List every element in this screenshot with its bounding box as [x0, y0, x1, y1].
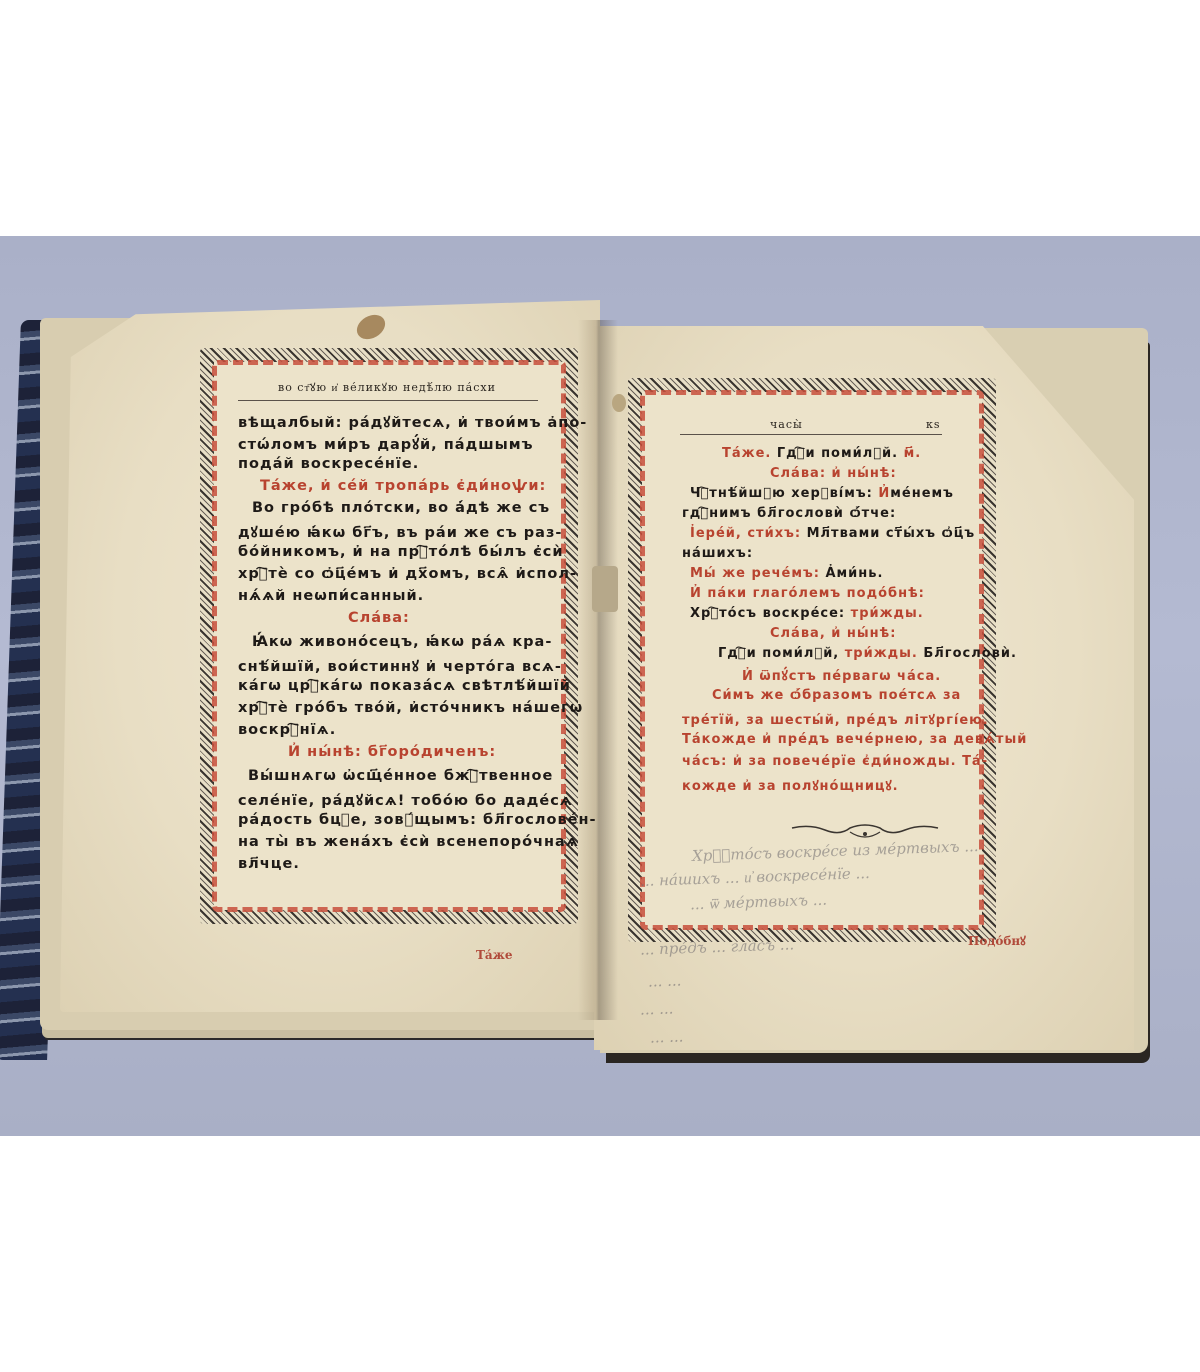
stain-spot: [612, 394, 626, 412]
text-line: хрⷭ҇тѐ со ѻ҆ц҃е́мъ и҆ дх҃омъ, всѧ̑ и҆спо…: [238, 566, 577, 582]
stain-spot: [592, 566, 618, 612]
rubric-line: Та́кожде и҆ пре́дъ вече́рнею, за девѧ́ты…: [682, 732, 1027, 747]
text-line: вѣщалбый: ра́дꙋйтесѧ, и҆ твои́мъ а҆по-: [238, 412, 587, 432]
right-running-header: часы̀: [770, 418, 803, 431]
text-line: Чⷭ҇тнѣ́йшꙋю херꙋві́мъ: И҆ме́немъ: [690, 486, 954, 501]
handwritten-note: ... ...: [648, 971, 682, 990]
handwritten-note: ... ...: [650, 1027, 684, 1046]
rubric-line: кожде и҆ за полꙋно́щницꙋ.: [682, 776, 899, 794]
rubric-line: И҆ ны́нѣ: бг҃оро́диченъ:: [288, 744, 496, 760]
rubric-line: Си́мъ же ѻ҆́бразомъ пое́тсѧ за: [712, 688, 961, 703]
rubric-line: Сла́ва:: [348, 610, 410, 626]
text-line: стѡ́ломъ ми́ръ дарꙋ́й, па́дшымъ: [238, 434, 533, 454]
header-rule: [238, 400, 538, 401]
text-line: Вы́шнѧгѡ ѡ҆сщ҃е́нное бжⷭ҇твенное: [248, 768, 553, 784]
text-line: хрⷭ҇тѐ гро́бъ тво́й, и҆сто́чникъ на́шегѡ: [238, 700, 583, 716]
text-line: Хрⷭ҇то́съ воскре́се: три́жды.: [690, 606, 924, 621]
text-line: снѣ́йшїй, вои́стиннꙋ и҆ черто́га всѧ-: [238, 656, 562, 676]
folio-number: кѕ: [926, 418, 941, 431]
text-line: ка́гѡ црⷭ҇ка́гѡ показа́сѧ свѣтлѣ́йшїй: [238, 678, 571, 694]
rubric-line: ча́съ: и҆ за повече́рїе є҆ди́ножды. Та́-: [682, 754, 988, 769]
text-line: дꙋше́ю ꙗ҆́кѡ бг҃ъ, въ ра́и же съ раз-: [238, 522, 562, 542]
text-line: на ты̀ въ жена́хъ є҆сѝ всенепоро́чнаѧ: [238, 834, 579, 850]
text-line: селе́нїе, ра́дꙋйсѧ! тобо́ю бо даде́сѧ: [238, 790, 573, 810]
text-line: Во гро́бѣ пло́тски, во а҆́дѣ же съ: [252, 500, 550, 516]
left-catchword: Та́же: [476, 948, 512, 962]
left-running-header: во ст҃ꙋю и҆ ве́ликꙋю недѣ́лю па́схи: [278, 380, 496, 395]
handwritten-note: ... ...: [640, 999, 674, 1018]
rubric-line: Сла́ва: и҆ ны́нѣ:: [770, 466, 897, 481]
text-line: бо́йникомъ, и҆ на прⷭ҇то́лѣ бы́лъ є҆сѝ: [238, 544, 564, 560]
text-line: ра́дость бцⷣе, зовꙋ́щымъ: бл҃гослове́н-: [238, 812, 597, 828]
text-line: Та́же. Гдⷭ҇и поми́лꙋй. м҃.: [722, 446, 921, 461]
header-rule: [680, 434, 942, 435]
text-line: гдⷭ҇нимъ бл҃гословѝ ѻ҆́тче:: [682, 506, 896, 521]
rubric-line: И҆ ѿпꙋ́стъ пе́рвагѡ ча́са.: [742, 666, 941, 684]
right-catchword: Подо́бнꙋ: [968, 932, 1026, 949]
text-line: Ꙗ҆́кѡ живоно́сецъ, ꙗ҆́кѡ ра́ѧ кра-: [252, 634, 552, 650]
rubric-line: Сла́ва, и҆ ны́нѣ:: [770, 626, 896, 641]
text-line: І҆ере́й, сти́хъ: Мл҃твами ст҃ы́хъ ѻ҆ц҃ъ: [690, 526, 975, 541]
text-line: нѧ́ѧй неѡпи́санный.: [238, 588, 424, 604]
text-line: Гдⷭ҇и поми́лꙋй, три́жды. Бл҃гословѝ.: [718, 646, 1017, 661]
text-line: на́шихъ:: [682, 546, 753, 561]
text-line: вл҃чце.: [238, 856, 300, 872]
rubric-line: Та́же, и҆ се́й тропа́рь є҆ди́ноѱи:: [260, 478, 546, 494]
text-line: пода́й воскресе́нїе.: [238, 456, 419, 472]
rubric-line: тре́тїй, за шесты́й, пре́дъ літꙋргі́ею.: [682, 710, 989, 728]
text-line: Мы́ же рече́мъ: А҆ми́нь.: [690, 566, 883, 581]
rubric-line: И҆ па́ки глаго́лемъ подо́бнѣ:: [690, 586, 925, 601]
text-line: воскрⷭ҇нїѧ.: [238, 722, 336, 738]
